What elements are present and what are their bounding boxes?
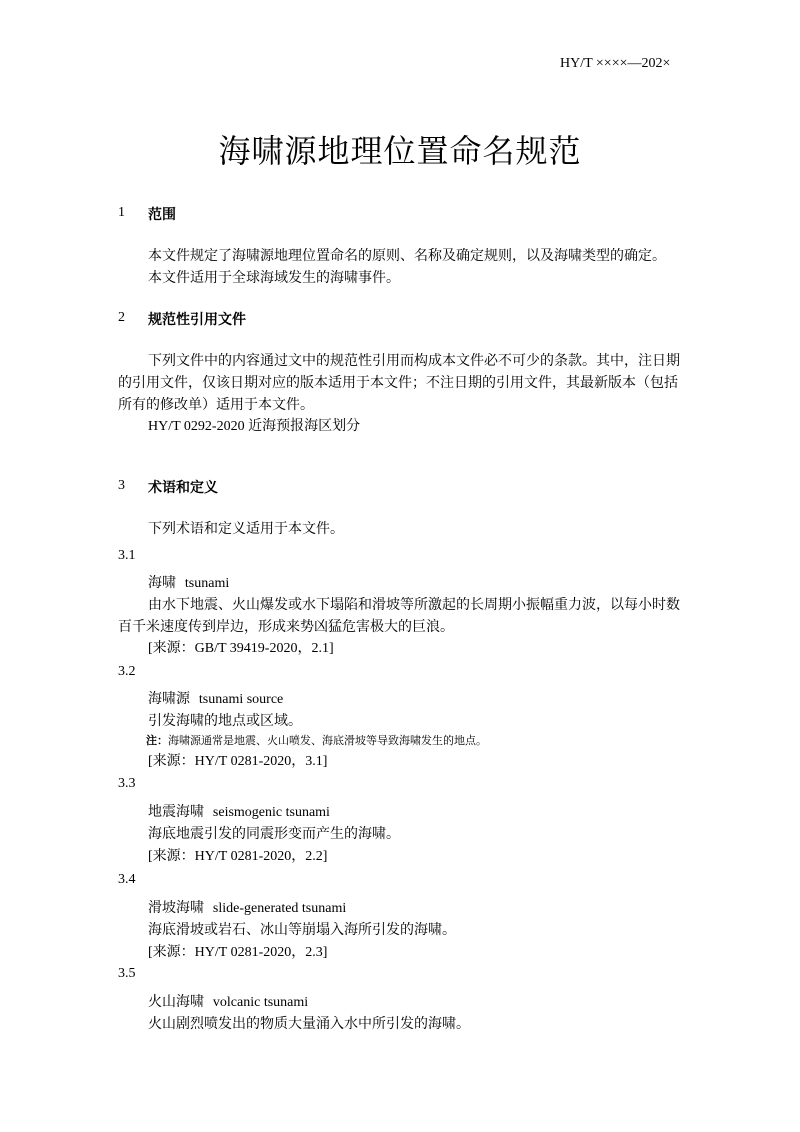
section-1-paragraph-1: 本文件规定了海啸源地理位置命名的原则、名称及确定规则，以及海啸类型的确定。 xyxy=(148,245,666,265)
term-zh: 地震海啸 xyxy=(148,804,204,820)
section-2-line-2: 的引用文件，仅该日期对应的版本适用于本文件；不注日期的引用文件，其最新版本（包括 xyxy=(118,372,678,392)
note-label: 注： xyxy=(146,734,168,747)
term-zh: 海啸 xyxy=(148,575,176,591)
term-3-1-number: 3.1 xyxy=(118,548,136,564)
term-en: slide-generated tsunami xyxy=(213,901,346,916)
term-3-5-definition: 火山剧烈喷发出的物质大量涌入水中所引发的海啸。 xyxy=(148,1013,470,1033)
term-3-2-title: 海啸源 tsunami source xyxy=(148,688,283,708)
section-1-paragraph-2: 本文件适用于全球海域发生的海啸事件。 xyxy=(148,267,400,287)
term-3-2-note: 注：海啸源通常是地震、火山喷发、海底滑坡等导致海啸发生的地点。 xyxy=(146,732,487,748)
section-2-heading: 规范性引用文件 xyxy=(148,309,246,329)
section-3-heading: 术语和定义 xyxy=(148,477,218,497)
term-3-4-source: [来源：HY/T 0281-2020，2.3] xyxy=(148,941,327,961)
normative-reference: HY/T 0292-2020 近海预报海区划分 xyxy=(148,415,360,435)
term-3-2-definition: 引发海啸的地点或区域。 xyxy=(148,710,302,730)
term-3-4-number: 3.4 xyxy=(118,872,136,888)
term-3-2-number: 3.2 xyxy=(118,664,136,680)
term-3-3-number: 3.3 xyxy=(118,776,136,792)
section-1-heading: 范围 xyxy=(148,204,176,224)
term-3-2-source: [来源：HY/T 0281-2020，3.1] xyxy=(148,750,327,770)
term-3-4-title: 滑坡海啸 slide-generated tsunami xyxy=(148,897,346,917)
section-2-line-1: 下列文件中的内容通过文中的规范性引用而构成本文件必不可少的条款。其中，注日期 xyxy=(148,350,680,370)
section-2-number: 2 xyxy=(118,310,125,326)
standard-code: HY/T ××××—202× xyxy=(560,56,670,72)
section-1-number: 1 xyxy=(118,205,125,221)
term-3-3-source: [来源：HY/T 0281-2020，2.2] xyxy=(148,845,327,865)
document-title: 海啸源地理位置命名规范 xyxy=(0,126,800,172)
section-3-number: 3 xyxy=(118,478,125,494)
term-3-5-title: 火山海啸 volcanic tsunami xyxy=(148,991,308,1011)
term-zh: 滑坡海啸 xyxy=(148,900,204,916)
term-zh: 火山海啸 xyxy=(148,994,204,1010)
term-3-5-number: 3.5 xyxy=(118,966,136,982)
term-3-3-title: 地震海啸 seismogenic tsunami xyxy=(148,801,330,821)
section-3-intro: 下列术语和定义适用于本文件。 xyxy=(148,518,344,538)
section-2-line-3: 所有的修改单）适用于本文件。 xyxy=(118,394,314,414)
term-3-1-title: 海啸 tsunami xyxy=(148,572,229,592)
term-3-3-definition: 海底地震引发的同震形变而产生的海啸。 xyxy=(148,823,400,843)
term-zh: 海啸源 xyxy=(148,691,190,707)
term-en: tsunami source xyxy=(199,692,283,707)
term-3-1-source: [来源：GB/T 39419-2020，2.1] xyxy=(148,637,334,657)
term-en: volcanic tsunami xyxy=(213,995,308,1010)
term-3-1-definition-line-1: 由水下地震、火山爆发或水下塌陷和滑坡等所激起的长周期小振幅重力波，以每小时数 xyxy=(148,594,680,614)
term-en: seismogenic tsunami xyxy=(213,805,330,820)
term-en: tsunami xyxy=(185,576,229,591)
note-text: 海啸源通常是地震、火山喷发、海底滑坡等导致海啸发生的地点。 xyxy=(168,734,487,747)
term-3-4-definition: 海底滑坡或岩石、冰山等崩塌入海所引发的海啸。 xyxy=(148,919,456,939)
term-3-1-definition-line-2: 百千米速度传到岸边，形成来势凶猛危害极大的巨浪。 xyxy=(118,616,454,636)
